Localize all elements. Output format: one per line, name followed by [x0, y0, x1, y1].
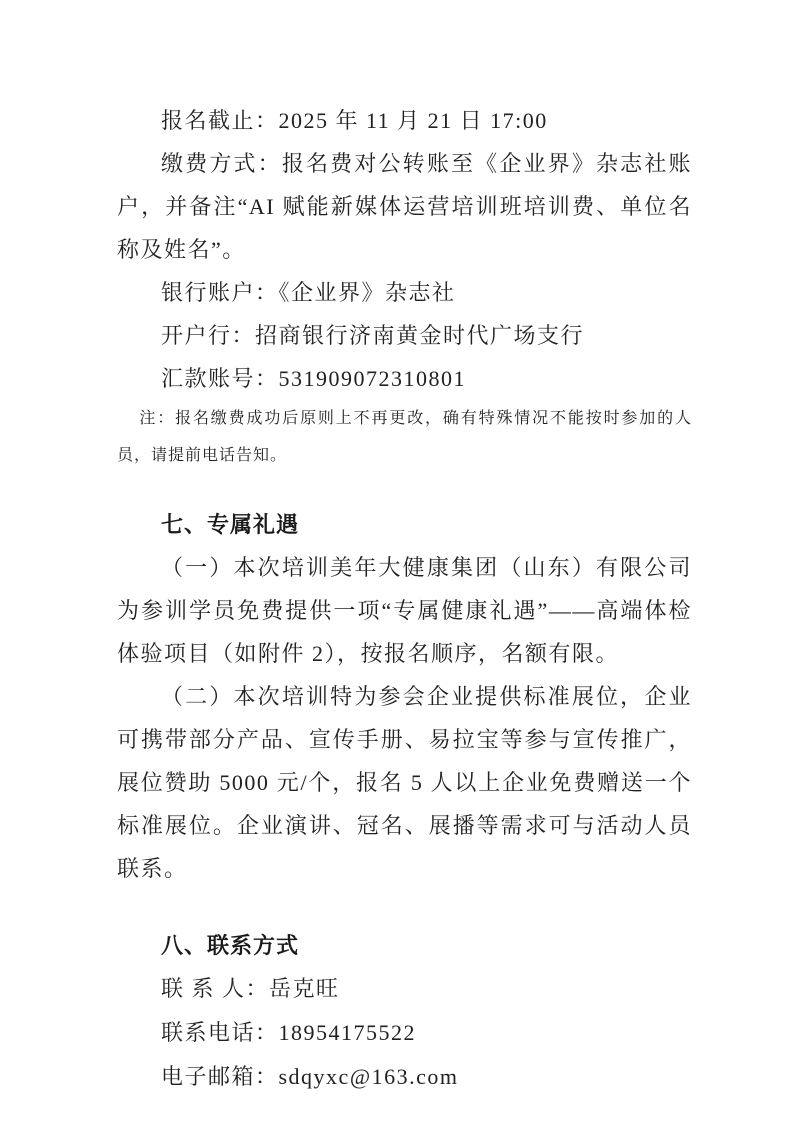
- section-contact-heading: 八、联系方式: [117, 924, 692, 967]
- bank-account-text: 银行账户：《企业界》杂志社: [117, 271, 692, 314]
- document-page: 报名截止：2025 年 11 月 21 日 17:00 缴费方式：报名费对公转账…: [0, 0, 800, 1131]
- contact-person-text: 联 系 人：岳克旺: [117, 967, 692, 1011]
- payment-note-text: 注：报名缴费成功后原则上不再更改，确有特殊情况不能按时参加的人员，请提前电话告知…: [117, 400, 692, 474]
- remittance-account-text: 汇款账号：531909072310801: [117, 357, 692, 400]
- privilege-item-1-text: （一）本次培训美年大健康集团（山东）有限公司为参训学员免费提供一项“专属健康礼遇…: [117, 546, 692, 675]
- bank-branch-text: 开户行：招商银行济南黄金时代广场支行: [117, 314, 692, 357]
- privilege-item-2-text: （二）本次培训特为参会企业提供标准展位，企业可携带部分产品、宣传手册、易拉宝等参…: [117, 675, 692, 890]
- payment-method-text: 缴费方式：报名费对公转账至《企业界》杂志社账户，并备注“AI 赋能新媒体运营培训…: [117, 142, 692, 271]
- contact-phone-text: 联系电话：18954175522: [117, 1011, 692, 1055]
- registration-deadline-text: 报名截止：2025 年 11 月 21 日 17:00: [117, 99, 692, 142]
- contact-email-text: 电子邮箱：sdqyxc@163.com: [117, 1055, 692, 1099]
- section-privilege-heading: 七、专属礼遇: [117, 503, 692, 546]
